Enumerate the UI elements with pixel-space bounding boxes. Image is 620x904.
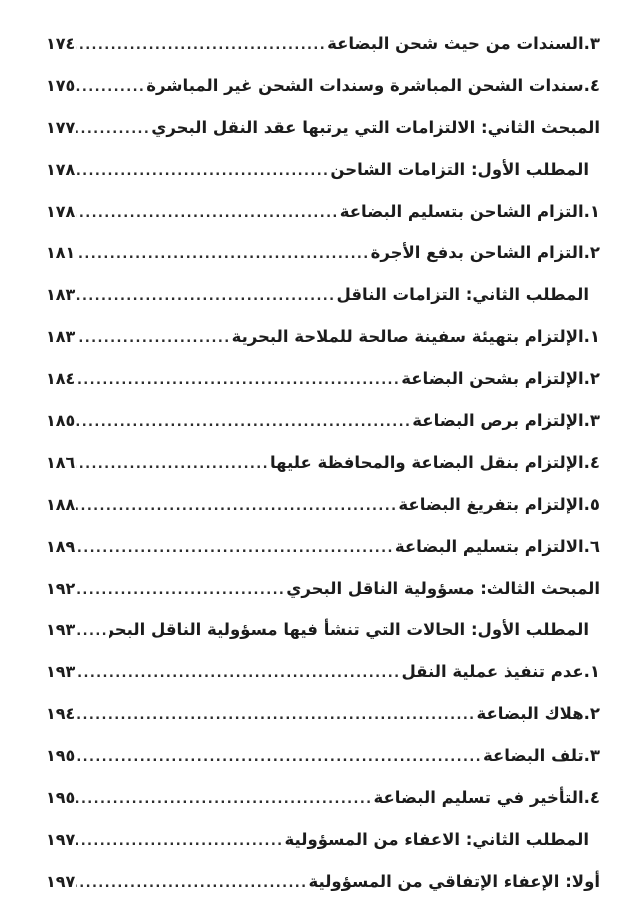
toc-entry-page-number: ١٨٥	[46, 400, 75, 442]
toc-entry[interactable]: ٦.الالتزام بتسليم البضاعة ..............…	[46, 526, 600, 568]
toc-entry-page-number: ١٩٥	[46, 777, 75, 819]
toc-entry-title: المطلب الأول: الحالات التي تنشأ فيها مسؤ…	[109, 609, 589, 651]
toc-entry-page-number: ١٨٣	[46, 274, 75, 316]
dot-leader: ........................................…	[76, 611, 108, 653]
toc-entry-page-number: ١٧٨	[46, 149, 75, 191]
toc-entry-title: المبحث الثالث: مسؤولية الناقل البحري	[286, 568, 600, 610]
dot-leader: ........................................…	[76, 486, 397, 528]
toc-entry-title: ٣.تلف البضاعة	[483, 735, 600, 777]
toc-entry[interactable]: ٣.تلف البضاعة ..........................…	[46, 735, 600, 777]
dot-leader: ........................................…	[76, 528, 394, 570]
dot-leader: ........................................…	[76, 695, 475, 737]
toc-entry[interactable]: أولا: الإعفاء الإتفاقي من المسؤولية ....…	[46, 861, 600, 903]
toc-entry-title: ٣.الإلتزام برص البضاعة	[412, 400, 600, 442]
toc-entry-page-number: ١٩٣	[46, 609, 75, 651]
toc-entry[interactable]: ١.الإلتزام بتهيئة سفينة صالحة للملاحة ال…	[46, 316, 600, 358]
toc-list: ٣.السندات من حيث شحن البضاعة ...........…	[46, 23, 600, 903]
toc-entry-page-number: ١٩٢	[46, 568, 75, 610]
toc-entry[interactable]: ٢.هلاك البضاعة .........................…	[46, 693, 600, 735]
toc-entry-page-number: ١٨٤	[46, 358, 75, 400]
toc-entry-page-number: ١٧٧	[46, 107, 75, 149]
toc-entry-page-number: ١٨٦	[46, 442, 75, 484]
toc-entry-page-number: ١٩٧	[46, 819, 75, 861]
dot-leader: ........................................…	[76, 109, 150, 151]
dot-leader: ........................................…	[76, 193, 338, 235]
toc-entry[interactable]: المبحث الثاني: الالتزامات التي يرتبها عق…	[46, 107, 600, 149]
toc-entry[interactable]: المطلب الثاني: الاعفاء من المسؤولية ....…	[46, 819, 600, 861]
dot-leader: ........................................…	[76, 779, 372, 821]
toc-entry-title: ١.عدم تنفيذ عملية النقل	[401, 651, 600, 693]
toc-entry-title: المطلب الأول: التزامات الشاحن	[330, 149, 589, 191]
dot-leader: ........................................…	[76, 821, 283, 863]
toc-entry[interactable]: المطلب الأول: الحالات التي تنشأ فيها مسؤ…	[46, 609, 600, 651]
toc-entry[interactable]: ٣.الإلتزام برص البضاعة .................…	[46, 400, 600, 442]
toc-entry[interactable]: ٥.الإلتزام بتفريغ البضاعة ..............…	[46, 484, 600, 526]
toc-entry-page-number: ١٩٤	[46, 693, 75, 735]
toc-entry-title: ٤.التأخير في تسليم البضاعة	[374, 777, 600, 819]
dot-leader: ........................................…	[76, 360, 400, 402]
toc-page: ٣.السندات من حيث شحن البضاعة ...........…	[0, 0, 620, 904]
toc-entry-title: ٣.السندات من حيث شحن البضاعة	[327, 23, 600, 65]
toc-entry[interactable]: ٣.السندات من حيث شحن البضاعة ...........…	[46, 23, 600, 65]
toc-entry-title: ١.التزام الشاحن بتسليم البضاعة	[340, 191, 600, 233]
toc-entry-page-number: ١٩٣	[46, 651, 75, 693]
dot-leader: ........................................…	[76, 737, 482, 779]
toc-entry-title: ٦.الالتزام بتسليم البضاعة	[395, 526, 600, 568]
toc-entry[interactable]: ٤.الإلتزام بنقل البضاعة والمحافظة عليها …	[46, 442, 600, 484]
toc-entry[interactable]: ٤.التأخير في تسليم البضاعة .............…	[46, 777, 600, 819]
toc-entry-page-number: ١٩٧	[46, 861, 75, 903]
toc-entry[interactable]: ٤.سندات الشحن المباشرة وسندات الشحن غير …	[46, 65, 600, 107]
toc-entry-title: ٤.سندات الشحن المباشرة وسندات الشحن غير …	[146, 65, 600, 107]
toc-entry-title: ١.الإلتزام بتهيئة سفينة صالحة للملاحة ال…	[232, 316, 600, 358]
toc-entry-page-number: ١٨١	[46, 232, 75, 274]
toc-entry[interactable]: ٢.التزام الشاحن بدفع الأجرة ............…	[46, 232, 600, 274]
dot-leader: ........................................…	[76, 234, 369, 276]
toc-entry-title: ٢.التزام الشاحن بدفع الأجرة	[371, 232, 600, 274]
toc-entry-title: ٥.الإلتزام بتفريغ البضاعة	[398, 484, 600, 526]
dot-leader: ........................................…	[76, 444, 269, 486]
toc-entry-page-number: ١٩٥	[46, 735, 75, 777]
toc-entry-title: ٢.الإلتزام بشحن البضاعة	[401, 358, 600, 400]
dot-leader: ........................................…	[76, 318, 230, 360]
toc-entry-page-number: ١٧٥	[46, 65, 75, 107]
toc-entry-title: أولا: الإعفاء الإتفاقي من المسؤولية	[308, 861, 600, 903]
toc-entry-title: ٤.الإلتزام بنقل البضاعة والمحافظة عليها	[270, 442, 600, 484]
toc-entry-page-number: ١٨٨	[46, 484, 75, 526]
dot-leader: ........................................…	[76, 151, 329, 193]
dot-leader: ........................................…	[76, 67, 145, 109]
toc-entry[interactable]: المطلب الثاني: التزامات الناقل .........…	[46, 274, 600, 316]
toc-entry-title: المطلب الثاني: التزامات الناقل	[336, 274, 589, 316]
dot-leader: ........................................…	[76, 402, 411, 444]
dot-leader: ........................................…	[76, 863, 307, 904]
toc-entry-title: المبحث الثاني: الالتزامات التي يرتبها عق…	[151, 107, 600, 149]
toc-entry[interactable]: المبحث الثالث: مسؤولية الناقل البحري ...…	[46, 568, 600, 610]
dot-leader: ........................................…	[76, 570, 285, 612]
dot-leader: ........................................…	[76, 653, 400, 695]
toc-entry-page-number: ١٨٩	[46, 526, 75, 568]
toc-entry-title: ٢.هلاك البضاعة	[477, 693, 601, 735]
toc-entry-page-number: ١٧٨	[46, 191, 75, 233]
toc-entry[interactable]: المطلب الأول: التزامات الشاحن ..........…	[46, 149, 600, 191]
toc-entry-title: المطلب الثاني: الاعفاء من المسؤولية	[285, 819, 589, 861]
toc-entry[interactable]: ٢.الإلتزام بشحن البضاعة ................…	[46, 358, 600, 400]
dot-leader: ........................................…	[76, 25, 326, 67]
toc-entry[interactable]: ١.التزام الشاحن بتسليم البضاعة .........…	[46, 191, 600, 233]
toc-entry-page-number: ١٧٤	[46, 23, 75, 65]
toc-entry[interactable]: ١.عدم تنفيذ عملية النقل ................…	[46, 651, 600, 693]
dot-leader: ........................................…	[76, 276, 335, 318]
toc-entry-page-number: ١٨٣	[46, 316, 75, 358]
